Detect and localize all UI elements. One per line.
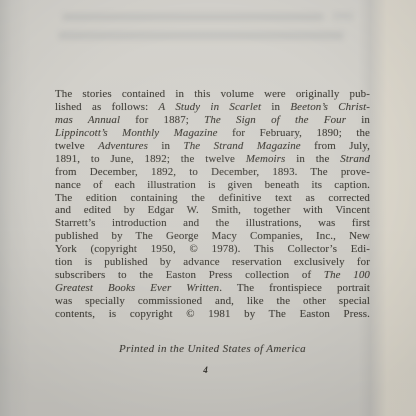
text-segment: contents, is copyright © 1981 by The Eas… — [55, 308, 370, 320]
text-segment: and edited by Edgar W. Smith, together w… — [55, 204, 370, 216]
text-segment: The Strand Magazine — [184, 140, 301, 152]
text-segment: Starrett’s introduction and the illustra… — [55, 217, 370, 229]
text-segment: lished as follows: — [55, 101, 159, 113]
copyright-paragraph: The stories contained in this volume wer… — [55, 88, 370, 321]
text-segment: for February, 1890; the — [218, 127, 370, 139]
text-segment: Lippincott’s Monthly Magazine — [55, 127, 218, 139]
text-segment: The 100 — [324, 269, 370, 281]
text-segment: Memoirs — [246, 153, 286, 165]
text-segment: Greatest Books Ever Written — [55, 282, 219, 294]
text-segment: twelve — [55, 140, 98, 152]
text-segment: The edition containing the definitive te… — [55, 192, 370, 204]
text-segment: in — [261, 101, 290, 113]
text-segment: for 1887; — [120, 114, 204, 126]
text-segment: from July, — [301, 140, 370, 152]
paragraph-line: tion is published by advance reservation… — [55, 256, 370, 269]
text-segment: The stories contained in this volume wer… — [55, 88, 370, 100]
text-segment: Adventures — [98, 140, 148, 152]
text-segment: mas Annual — [55, 114, 120, 126]
printed-in-usa-line: Printed in the United States of America — [55, 343, 370, 355]
paragraph-line: published by The George Macy Companies, … — [55, 230, 370, 243]
paragraph-line: twelve Adventures in The Strand Magazine… — [55, 140, 370, 153]
signature-mark: 4 — [48, 365, 363, 375]
paragraph-line: 1891, to June, 1892; the twelve Memoirs … — [55, 153, 370, 166]
paragraph-line: The edition containing the definitive te… — [55, 192, 370, 205]
text-segment: nance of each illustration is given bene… — [55, 179, 370, 191]
paragraph-line: contents, is copyright © 1981 by The Eas… — [55, 308, 370, 321]
paragraph-line: The stories contained in this volume wer… — [55, 88, 370, 101]
text-segment: The Sign of the Four — [204, 114, 346, 126]
paragraph-line: lished as follows: A Study in Scarlet in… — [55, 101, 370, 114]
text-segment: in — [148, 140, 184, 152]
text-segment: 1891, to June, 1892; the twelve — [55, 153, 246, 165]
text-segment: York (copyright 1950, © 1978). This Coll… — [55, 243, 370, 255]
text-segment: Beeton’s Christ- — [290, 101, 370, 113]
text-segment: was specially commissioned and, like the… — [55, 295, 370, 307]
paragraph-line: and edited by Edgar W. Smith, together w… — [55, 204, 370, 217]
paragraph-line: from December, 1892, to December, 1893. … — [55, 166, 370, 179]
paragraph-line: nance of each illustration is given bene… — [55, 179, 370, 192]
paragraph-line: was specially commissioned and, like the… — [55, 295, 370, 308]
text-segment: tion is published by advance reservation… — [55, 256, 370, 268]
bleed-through-text-line — [62, 13, 324, 21]
text-segment: subscribers to the Easton Press collecti… — [55, 269, 324, 281]
bleed-through-text-line — [332, 12, 354, 20]
book-page-photo: The stories contained in this volume wer… — [0, 0, 416, 416]
paragraph-line: Starrett’s introduction and the illustra… — [55, 217, 370, 230]
text-segment: A Study in Scarlet — [159, 101, 262, 113]
text-segment: published by The George Macy Companies, … — [55, 230, 370, 242]
bleed-through-text-line — [58, 31, 344, 40]
text-segment: in the — [285, 153, 340, 165]
paragraph-line: York (copyright 1950, © 1978). This Coll… — [55, 243, 370, 256]
text-segment: from December, 1892, to December, 1893. … — [55, 166, 370, 178]
paragraph-line: Lippincott’s Monthly Magazine for Februa… — [55, 127, 370, 140]
text-segment: . The frontispiece portrait — [219, 282, 370, 294]
paragraph-line: mas Annual for 1887; The Sign of the Fou… — [55, 114, 370, 127]
paragraph-line: subscribers to the Easton Press collecti… — [55, 269, 370, 282]
text-segment: Strand — [340, 153, 370, 165]
text-segment: in — [346, 114, 370, 126]
paragraph-line: Greatest Books Ever Written. The frontis… — [55, 282, 370, 295]
